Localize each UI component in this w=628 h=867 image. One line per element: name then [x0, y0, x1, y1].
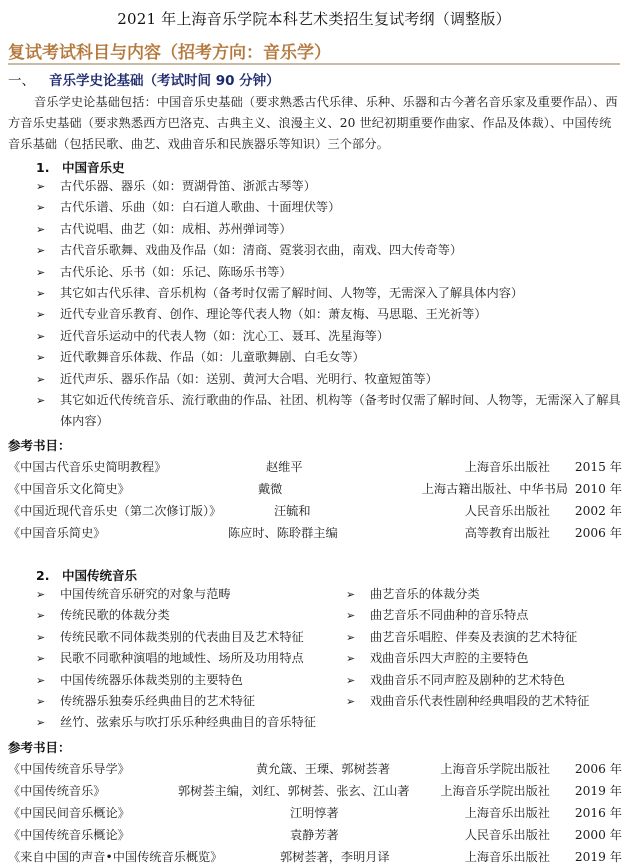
list-item: ➢中国传统器乐体裁类别的主要特色	[36, 670, 316, 691]
ref-title: 《中国古代音乐史简明教程》	[8, 458, 166, 475]
ref-author: 赵维平	[266, 458, 303, 475]
bullet-list: ➢古代乐器、器乐（如：贾湖骨笛、浙派古琴等） ➢古代乐谱、乐曲（如：白石道人歌曲…	[36, 176, 622, 433]
arrow-bullet-icon: ➢	[36, 584, 45, 605]
section-heading: 一、音乐学史论基础（考试时间 90 分钟）	[8, 69, 280, 89]
list-item: ➢古代乐器、器乐（如：贾湖骨笛、浙派古琴等）	[36, 176, 622, 197]
list-item: ➢传统民歌不同体裁类别的代表曲目及艺术特征	[36, 627, 316, 648]
section-title: 音乐学史论基础（考试时间 90 分钟）	[49, 73, 280, 89]
ref-author: 黄允箴、王瑮、郭树荟著	[256, 760, 390, 777]
list-item: ➢古代乐论、乐书（如：乐记、陈旸乐书等）	[36, 262, 622, 283]
reference-row: 《中国音乐文化简史》 戴微 上海古籍出版社、中华书局 2010 年	[8, 480, 622, 500]
arrow-bullet-icon: ➢	[346, 670, 355, 691]
ref-publisher: 上海音乐学院出版社	[440, 760, 550, 777]
arrow-bullet-icon: ➢	[36, 605, 45, 626]
ref-year: 2015 年	[575, 458, 622, 475]
list-item: ➢其它如古代乐律、音乐机构（备考时仅需了解时间、人物等，无需深入了解具体内容）	[36, 283, 622, 304]
ref-publisher: 上海音乐学院出版社	[440, 782, 550, 799]
arrow-bullet-icon: ➢	[36, 712, 45, 733]
list-item: ➢近代音乐运动中的代表人物（如：沈心工、聂耳、冼星海等）	[36, 326, 622, 347]
list-item: ➢其它如近代传统音乐、流行歌曲的作品、社团、机构等（备考时仅需了解时间、人物等，…	[36, 390, 622, 433]
main-heading: 复试考试科目与内容（招考方向：音乐学）	[8, 38, 331, 63]
ref-author: 袁静芳著	[290, 826, 339, 843]
ref-year: 2002 年	[575, 502, 622, 519]
list-item: ➢传统民歌的体裁分类	[36, 605, 316, 626]
reference-row: 《中国传统音乐概论》 袁静芳著 人民音乐出版社 2000 年	[8, 826, 622, 846]
list-item: ➢曲艺音乐的体裁分类	[346, 584, 589, 605]
list-item: ➢近代歌舞音乐体裁、作品（如：儿童歌舞剧、白毛女等）	[36, 347, 622, 368]
ref-year: 2019 年	[575, 782, 622, 799]
reference-row: 《中国传统音乐》 郭树荟主编，刘红、郭树荟、张玄、江山著 上海音乐学院出版社 2…	[8, 782, 622, 802]
ref-author: 陈应时、陈聆群主编	[228, 524, 338, 541]
arrow-bullet-icon: ➢	[36, 304, 45, 325]
ref-author: 江明惇著	[290, 804, 339, 821]
ref-publisher: 人民音乐出版社	[465, 502, 550, 519]
arrow-bullet-icon: ➢	[36, 648, 45, 669]
ref-publisher: 上海音乐出版社	[465, 458, 550, 475]
subsection-number: 2.	[36, 568, 62, 583]
ref-author: 郭树荟主编，刘红、郭树荟、张玄、江山著	[178, 782, 410, 799]
references-label: 参考书目：	[8, 738, 71, 756]
arrow-bullet-icon: ➢	[36, 197, 45, 218]
heading-divider	[8, 63, 620, 65]
arrow-bullet-icon: ➢	[36, 219, 45, 240]
arrow-bullet-icon: ➢	[36, 347, 45, 368]
list-item: ➢近代专业音乐教育、创作、理论等代表人物（如：萧友梅、马思聪、王光祈等）	[36, 304, 622, 325]
ref-title: 《中国传统音乐概论》	[8, 826, 130, 843]
list-item: ➢戏曲音乐不同声腔及剧种的艺术特色	[346, 670, 589, 691]
ref-publisher: 上海音乐出版社	[465, 848, 550, 865]
reference-row: 《中国古代音乐史简明教程》 赵维平 上海音乐出版社 2015 年	[8, 458, 622, 478]
arrow-bullet-icon: ➢	[36, 390, 45, 411]
arrow-bullet-icon: ➢	[346, 584, 355, 605]
ref-title: 《中国传统音乐》	[8, 782, 106, 799]
arrow-bullet-icon: ➢	[36, 627, 45, 648]
ref-year: 2019 年	[575, 848, 622, 865]
ref-year: 2006 年	[575, 760, 622, 777]
reference-row: 《中国民间音乐概论》 江明惇著 上海音乐出版社 2016 年	[8, 804, 622, 824]
list-item: ➢民歌不同歌种演唱的地域性、场所及功用特点	[36, 648, 316, 669]
ref-publisher: 高等教育出版社	[465, 524, 550, 541]
subsection-title: 中国传统音乐	[62, 568, 137, 583]
reference-row: 《中国音乐简史》 陈应时、陈聆群主编 高等教育出版社 2006 年	[8, 524, 622, 544]
ref-author: 戴微	[258, 480, 282, 497]
document-title: 2021 年上海音乐学院本科艺术类招生复试考纲（调整版）	[0, 8, 628, 29]
reference-row: 《中国近现代音乐史（第二次修订版）》 汪毓和 人民音乐出版社 2002 年	[8, 502, 622, 522]
right-bullet-column: ➢曲艺音乐的体裁分类 ➢曲艺音乐不同曲种的音乐特点 ➢曲艺音乐唱腔、伴奏及表演的…	[346, 584, 589, 712]
ref-publisher: 上海古籍出版社、中华书局	[422, 480, 568, 497]
arrow-bullet-icon: ➢	[346, 605, 355, 626]
reference-row: 《中国传统音乐导学》 黄允箴、王瑮、郭树荟著 上海音乐学院出版社 2006 年	[8, 760, 622, 780]
ref-title: 《中国近现代音乐史（第二次修订版）》	[8, 502, 221, 519]
subsection-heading: 1.中国音乐史	[36, 158, 125, 176]
ref-year: 2006 年	[575, 524, 622, 541]
ref-title: 《中国传统音乐导学》	[8, 760, 130, 777]
arrow-bullet-icon: ➢	[36, 369, 45, 390]
ref-publisher: 上海音乐出版社	[465, 804, 550, 821]
ref-title: 《中国音乐文化简史》	[8, 480, 130, 497]
list-item: ➢戏曲音乐代表性剧种经典唱段的艺术特征	[346, 691, 589, 712]
list-item: ➢曲艺音乐唱腔、伴奏及表演的艺术特征	[346, 627, 589, 648]
section-intro: 音乐学史论基础包括：中国音乐史基础（要求熟悉古代乐律、乐种、乐器和古今著名音乐家…	[8, 92, 622, 155]
ref-title: 《中国音乐简史》	[8, 524, 106, 541]
arrow-bullet-icon: ➢	[346, 648, 355, 669]
list-item: ➢中国传统音乐研究的对象与范畴	[36, 584, 316, 605]
ref-year: 2016 年	[575, 804, 622, 821]
arrow-bullet-icon: ➢	[36, 240, 45, 261]
reference-row: 《来自中国的声音•中国传统音乐概览》 郭树荟著，李明月译 上海音乐出版社 201…	[8, 848, 622, 867]
list-item: ➢戏曲音乐四大声腔的主要特色	[346, 648, 589, 669]
arrow-bullet-icon: ➢	[36, 262, 45, 283]
section-number: 一、	[8, 73, 35, 89]
ref-title: 《来自中国的声音•中国传统音乐概览》	[8, 848, 222, 865]
list-item: ➢古代说唱、曲艺（如：成相、苏州弹词等）	[36, 219, 622, 240]
list-item: ➢古代音乐歌舞、戏曲及作品（如：清商、霓裳羽衣曲，南戏、四大传奇等）	[36, 240, 622, 261]
ref-author: 汪毓和	[274, 502, 311, 519]
subsection-number: 1.	[36, 160, 62, 175]
arrow-bullet-icon: ➢	[36, 670, 45, 691]
arrow-bullet-icon: ➢	[36, 283, 45, 304]
document-page: 2021 年上海音乐学院本科艺术类招生复试考纲（调整版） 复试考试科目与内容（招…	[0, 0, 628, 867]
list-item: ➢丝竹、弦索乐与吹打乐乐种经典曲目的音乐特征	[36, 712, 316, 733]
ref-publisher: 人民音乐出版社	[465, 826, 550, 843]
references-label: 参考书目：	[8, 436, 71, 454]
subsection-title: 中国音乐史	[62, 160, 125, 175]
list-item: ➢曲艺音乐不同曲种的音乐特点	[346, 605, 589, 626]
ref-year: 2010 年	[575, 480, 622, 497]
left-bullet-column: ➢中国传统音乐研究的对象与范畴 ➢传统民歌的体裁分类 ➢传统民歌不同体裁类别的代…	[36, 584, 316, 734]
subsection-heading: 2.中国传统音乐	[36, 566, 137, 584]
arrow-bullet-icon: ➢	[346, 691, 355, 712]
ref-author: 郭树荟著，李明月译	[280, 848, 390, 865]
list-item: ➢传统器乐独奏乐经典曲目的艺术特征	[36, 691, 316, 712]
arrow-bullet-icon: ➢	[36, 326, 45, 347]
list-item: ➢古代乐谱、乐曲（如：白石道人歌曲、十面埋伏等）	[36, 197, 622, 218]
ref-title: 《中国民间音乐概论》	[8, 804, 130, 821]
list-item: ➢近代声乐、器乐作品（如：送别、黄河大合唱、光明行、牧童短笛等）	[36, 369, 622, 390]
ref-year: 2000 年	[575, 826, 622, 843]
arrow-bullet-icon: ➢	[346, 627, 355, 648]
arrow-bullet-icon: ➢	[36, 691, 45, 712]
arrow-bullet-icon: ➢	[36, 176, 45, 197]
